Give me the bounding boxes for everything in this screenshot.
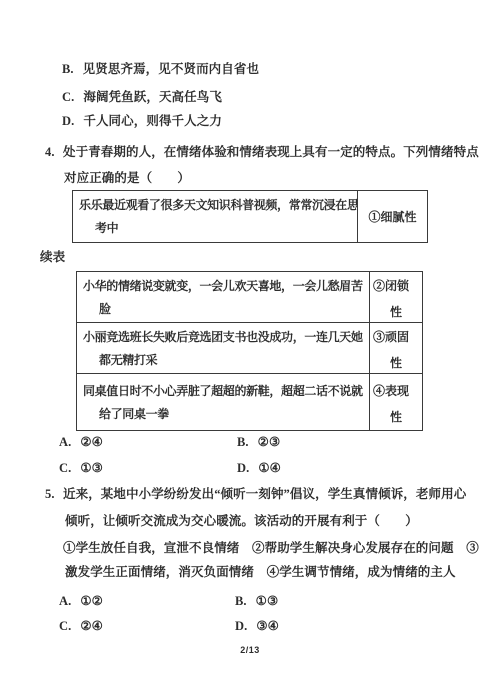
table-cell-situation: 小华的情绪说变就变，一会儿欢天喜地，一会儿愁眉苦 脸 <box>77 272 370 322</box>
table-cell-situation: 同桌值日时不小心弄脏了超超的新鞋，超超二话不说就 给了同桌一拳 <box>77 374 370 430</box>
continued-table-label: 续表 <box>40 250 65 265</box>
option-text: ②④ <box>80 619 103 634</box>
scanned-test-paper-page: B. 见贤思齐焉，见不贤而内自省也 C. 海阔凭鱼跃，天高任鸟飞 D. 千人同心… <box>0 0 500 673</box>
option-text: ①③ <box>80 461 103 476</box>
trait-text-line1: ③顽固 <box>370 323 422 349</box>
option-line-c: C. 海阔凭鱼跃，天高任鸟飞 <box>62 90 222 105</box>
q4-option-b: B. ②③ <box>237 435 280 450</box>
trait-text-line2: 性 <box>370 352 422 375</box>
trait-text-line1: ④表现 <box>370 374 422 403</box>
option-letter: C. <box>62 90 74 105</box>
q4-trait-table-continued: 小华的情绪说变就变，一会儿欢天喜地，一会儿愁眉苦 脸 ②闭锁 性 小丽竞选班长失… <box>76 271 423 431</box>
option-letter: A. <box>59 594 71 609</box>
table-row: 小华的情绪说变就变，一会儿欢天喜地，一会儿愁眉苦 脸 ②闭锁 性 <box>77 272 422 323</box>
question4-stem-line1: 处于青春期的人，在情绪体验和情绪表现上具有一定的特点。下列情绪特点 <box>63 145 479 160</box>
option-text: ③④ <box>256 619 279 634</box>
q4-option-d: D. ①④ <box>237 461 281 476</box>
trait-text: ①细腻性 <box>368 208 416 225</box>
option-text: ①② <box>80 594 103 609</box>
q5-option-a: A. ①② <box>59 594 103 609</box>
question5-stem-line2: 倾听，让倾听交流成为交心暖流。该活动的开展有利于（ ） <box>65 514 418 529</box>
option-letter: A. <box>59 435 71 450</box>
option-letter: B. <box>62 62 74 77</box>
situation-text-line1: 小华的情绪说变就变，一会儿欢天喜地，一会儿愁眉苦 <box>83 275 365 298</box>
page-number: 2/13 <box>0 645 500 655</box>
option-letter: D. <box>62 114 74 129</box>
option-letter: C. <box>59 461 71 476</box>
situation-text-line1: 同桌值日时不小心弄脏了超超的新鞋，超超二话不说就 <box>83 380 365 403</box>
option-text: 海阔凭鱼跃，天高任鸟飞 <box>83 90 222 105</box>
situation-text-line2: 都无精打采 <box>83 349 365 372</box>
question5-stem-line3: ①学生放任自我，宣泄不良情绪 ②帮助学生解决身心发展存在的问题 ③ <box>63 541 479 556</box>
situation-text-line2: 脸 <box>83 298 365 321</box>
situation-text-line1: 乐乐最近观看了很多天文知识科普视频，常常沉浸在思 <box>79 194 353 217</box>
situation-text-line1: 小丽竞选班长失败后竞选团支书也没成功，一连几天她 <box>83 326 365 349</box>
option-text: ①④ <box>258 461 281 476</box>
option-text: ①③ <box>256 594 279 609</box>
option-letter: B. <box>235 594 247 609</box>
option-text: ②③ <box>258 435 281 450</box>
question5-stem-line4: 激发学生正面情绪，消灭负面情绪 ④学生调节情绪，成为情绪的主人 <box>65 565 456 580</box>
table-row: 乐乐最近观看了很多天文知识科普视频，常常沉浸在思 考中 ①细腻性 <box>73 191 427 242</box>
option-letter: D. <box>237 461 249 476</box>
q4-option-a: A. ②④ <box>59 435 103 450</box>
situation-text-line2: 考中 <box>79 217 353 240</box>
option-line-d: D. 千人同心，则得千人之力 <box>62 114 222 129</box>
option-letter: B. <box>237 435 249 450</box>
option-letter: D. <box>235 619 247 634</box>
q5-option-b: B. ①③ <box>235 594 278 609</box>
option-letter: C. <box>59 619 71 634</box>
option-text: 千人同心，则得千人之力 <box>83 114 222 129</box>
table-row: 小丽竞选班长失败后竞选团支书也没成功，一连几天她 都无精打采 ③顽固 性 <box>77 323 422 374</box>
question5-number: 5. <box>45 487 55 502</box>
q4-option-c: C. ①③ <box>59 461 103 476</box>
table-cell-situation: 乐乐最近观看了很多天文知识科普视频，常常沉浸在思 考中 <box>73 191 358 242</box>
table-cell-trait: ①细腻性 <box>358 191 427 242</box>
question4-number: 4. <box>45 145 55 160</box>
trait-text-line2: 性 <box>370 301 422 324</box>
option-text: 见贤思齐焉，见不贤而内自省也 <box>83 62 259 77</box>
option-line-b: B. 见贤思齐焉，见不贤而内自省也 <box>62 62 259 77</box>
question4-stem-line2: 对应正确的是（ ） <box>64 171 190 186</box>
table-cell-trait: ④表现 性 <box>370 374 422 430</box>
table-cell-trait: ③顽固 性 <box>370 323 422 373</box>
trait-text-line1: ②闭锁 <box>370 272 422 298</box>
option-text: ②④ <box>80 435 103 450</box>
table-cell-situation: 小丽竞选班长失败后竞选团支书也没成功，一连几天她 都无精打采 <box>77 323 370 373</box>
q5-option-c: C. ②④ <box>59 619 103 634</box>
table-cell-trait: ②闭锁 性 <box>370 272 422 322</box>
situation-text-line2: 给了同桌一拳 <box>83 403 365 426</box>
q4-trait-table: 乐乐最近观看了很多天文知识科普视频，常常沉浸在思 考中 ①细腻性 <box>72 190 428 243</box>
table-row: 同桌值日时不小心弄脏了超超的新鞋，超超二话不说就 给了同桌一拳 ④表现 性 <box>77 374 422 430</box>
question5-stem-line1: 近来，某地中小学纷纷发出“倾听一刻钟”倡议，学生真情倾诉，老师用心 <box>63 487 466 502</box>
trait-text-line2: 性 <box>370 406 422 429</box>
q5-option-d: D. ③④ <box>235 619 279 634</box>
